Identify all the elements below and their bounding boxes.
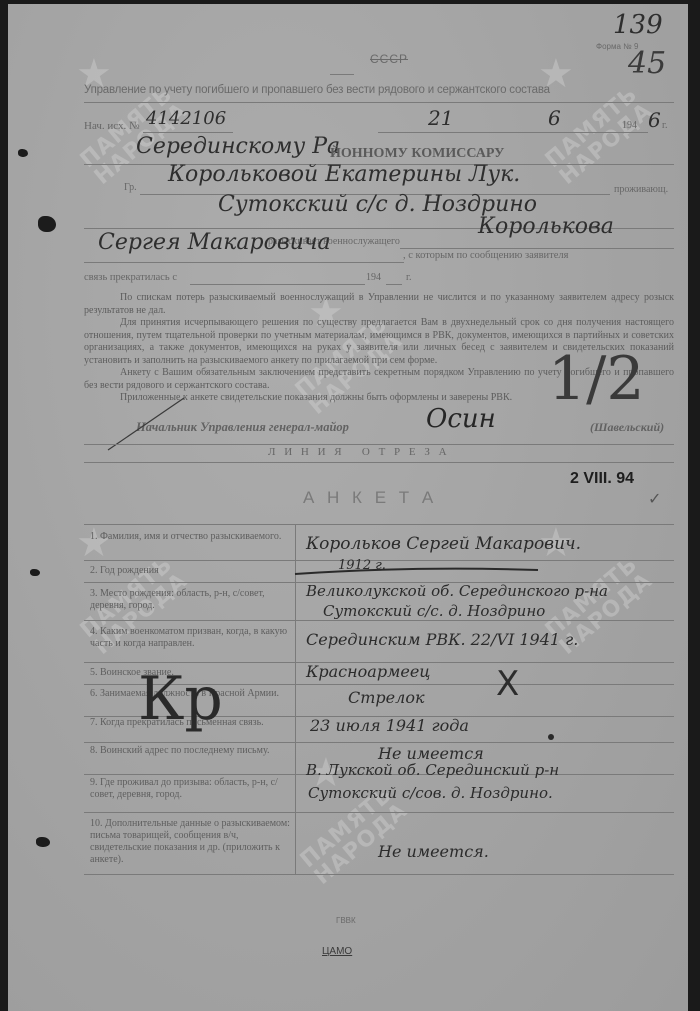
archive-number-secondary: 45 xyxy=(628,46,666,81)
paragraph: По спискам потерь разыскиваемый военносл… xyxy=(84,292,674,317)
x-mark: X xyxy=(496,664,519,704)
form-title: А Н К Е Т А xyxy=(303,488,437,508)
footer-stamp: ЦАМО xyxy=(322,946,352,957)
form-answer: Красноармеец xyxy=(306,662,430,681)
form-answer: Не имеется. xyxy=(378,842,489,861)
form-answer: Корольков Сергей Макарович. xyxy=(306,534,581,554)
country-label: СССР xyxy=(370,52,408,66)
form-question: 3. Место рождения: область, р-н, с/совет… xyxy=(90,588,298,612)
table-top xyxy=(84,524,674,525)
contact-lost-since-label: связь прекратилась с xyxy=(84,272,177,283)
signature-scrawl: Осин xyxy=(426,404,496,434)
date-day: 21 xyxy=(428,106,453,130)
form-answer: Великолукской об. Серединского р-на xyxy=(306,582,608,600)
paper-hole xyxy=(18,149,28,157)
divider xyxy=(330,74,354,75)
watermark-text: ПАМЯТЬНАРОДА xyxy=(542,83,657,189)
soldier-given-name: Сергея Макаровича xyxy=(98,230,331,255)
outgoing-label: Нач. исх. № xyxy=(84,120,140,132)
row-divider xyxy=(84,620,674,621)
margin-initials: Кр xyxy=(138,664,223,734)
form-answer: 23 июля 1941 года xyxy=(310,716,469,735)
citizen-name: Корольковой Екатерины Лук. xyxy=(168,162,520,187)
footer-code: ГВВК xyxy=(336,916,356,925)
cut-line-top xyxy=(84,444,674,445)
form-question: 2. Год рождения xyxy=(90,565,298,577)
form-question: 9. Где проживал до призыва: область, р-н… xyxy=(90,777,298,801)
ink-dot xyxy=(548,734,554,740)
residing-label: проживающ. xyxy=(614,184,668,195)
received-stamp: 2 VIII. 94 xyxy=(570,470,634,488)
form-question: 4. Каким военкоматом призван, когда, в к… xyxy=(90,626,298,650)
date-month: 6 xyxy=(548,106,561,130)
underline xyxy=(386,284,402,285)
soldier-surname: Королькова xyxy=(478,214,614,239)
document-sheet: ★ ПАМЯТЬНАРОДА ★ ПАМЯТЬНАРОДА ★ ПАМЯТЬНА… xyxy=(8,4,688,1011)
checkmark-icon: ✓ xyxy=(648,489,661,509)
recipient-printed: ЙОННОМУ КОМИССАРУ xyxy=(330,146,504,162)
year-suffix: 6 xyxy=(648,108,661,132)
table-bottom xyxy=(84,874,674,875)
year-prefix: 194 xyxy=(622,120,637,131)
year-unit: г. xyxy=(662,120,667,131)
row-divider xyxy=(84,742,674,743)
paper-hole xyxy=(38,216,56,232)
underline xyxy=(143,132,233,133)
form-label: Форма № 9 xyxy=(596,42,638,51)
recipient-handwritten: Серединскому Ра xyxy=(136,134,340,159)
strike-underline xyxy=(293,564,673,578)
underline xyxy=(400,248,674,249)
form-answer: В. Лукской об. Серединский р-н xyxy=(306,761,559,779)
cut-line-bottom xyxy=(84,462,674,463)
form-answer-line-2: Сутокский с/сов. д. Ноздрино. xyxy=(308,784,553,802)
divider xyxy=(84,102,674,103)
contact-year-unit: г. xyxy=(406,272,411,283)
diagonal-stroke xyxy=(104,394,194,454)
underline xyxy=(190,284,365,285)
row-divider xyxy=(84,812,674,813)
cut-line-label: Л И Н И Я О Т Р Е З А xyxy=(268,446,450,458)
underline xyxy=(378,132,648,133)
paper-hole xyxy=(30,569,40,576)
department-title: Управление по учету погибшего и пропавше… xyxy=(84,84,674,96)
form-question: 8. Воинский адрес по последнему письму. xyxy=(90,745,298,757)
margin-note: 1/2 xyxy=(548,344,645,414)
form-answer-line-2: Сутокский с/с. д. Ноздрино xyxy=(323,602,545,620)
paper-hole xyxy=(36,837,50,847)
form-question: 1. Фамилия, имя и отчество разыскиваемог… xyxy=(90,531,298,543)
citizen-label: Гр. xyxy=(124,182,137,193)
contact-lost-label: , с которым по сообщению заявителя xyxy=(403,250,568,261)
signature-name: (Шавельский) xyxy=(590,420,664,435)
form-question: 10. Дополнительные данные о разыскиваемо… xyxy=(90,818,298,866)
form-answer: Серединским РВК. 22/VI 1941 г. xyxy=(306,630,578,649)
form-answer: Стрелок xyxy=(348,688,425,707)
contact-year: 194 xyxy=(366,272,381,283)
archive-number: 139 xyxy=(613,10,663,40)
outgoing-number: 4142106 xyxy=(146,108,226,129)
underline xyxy=(84,262,404,263)
